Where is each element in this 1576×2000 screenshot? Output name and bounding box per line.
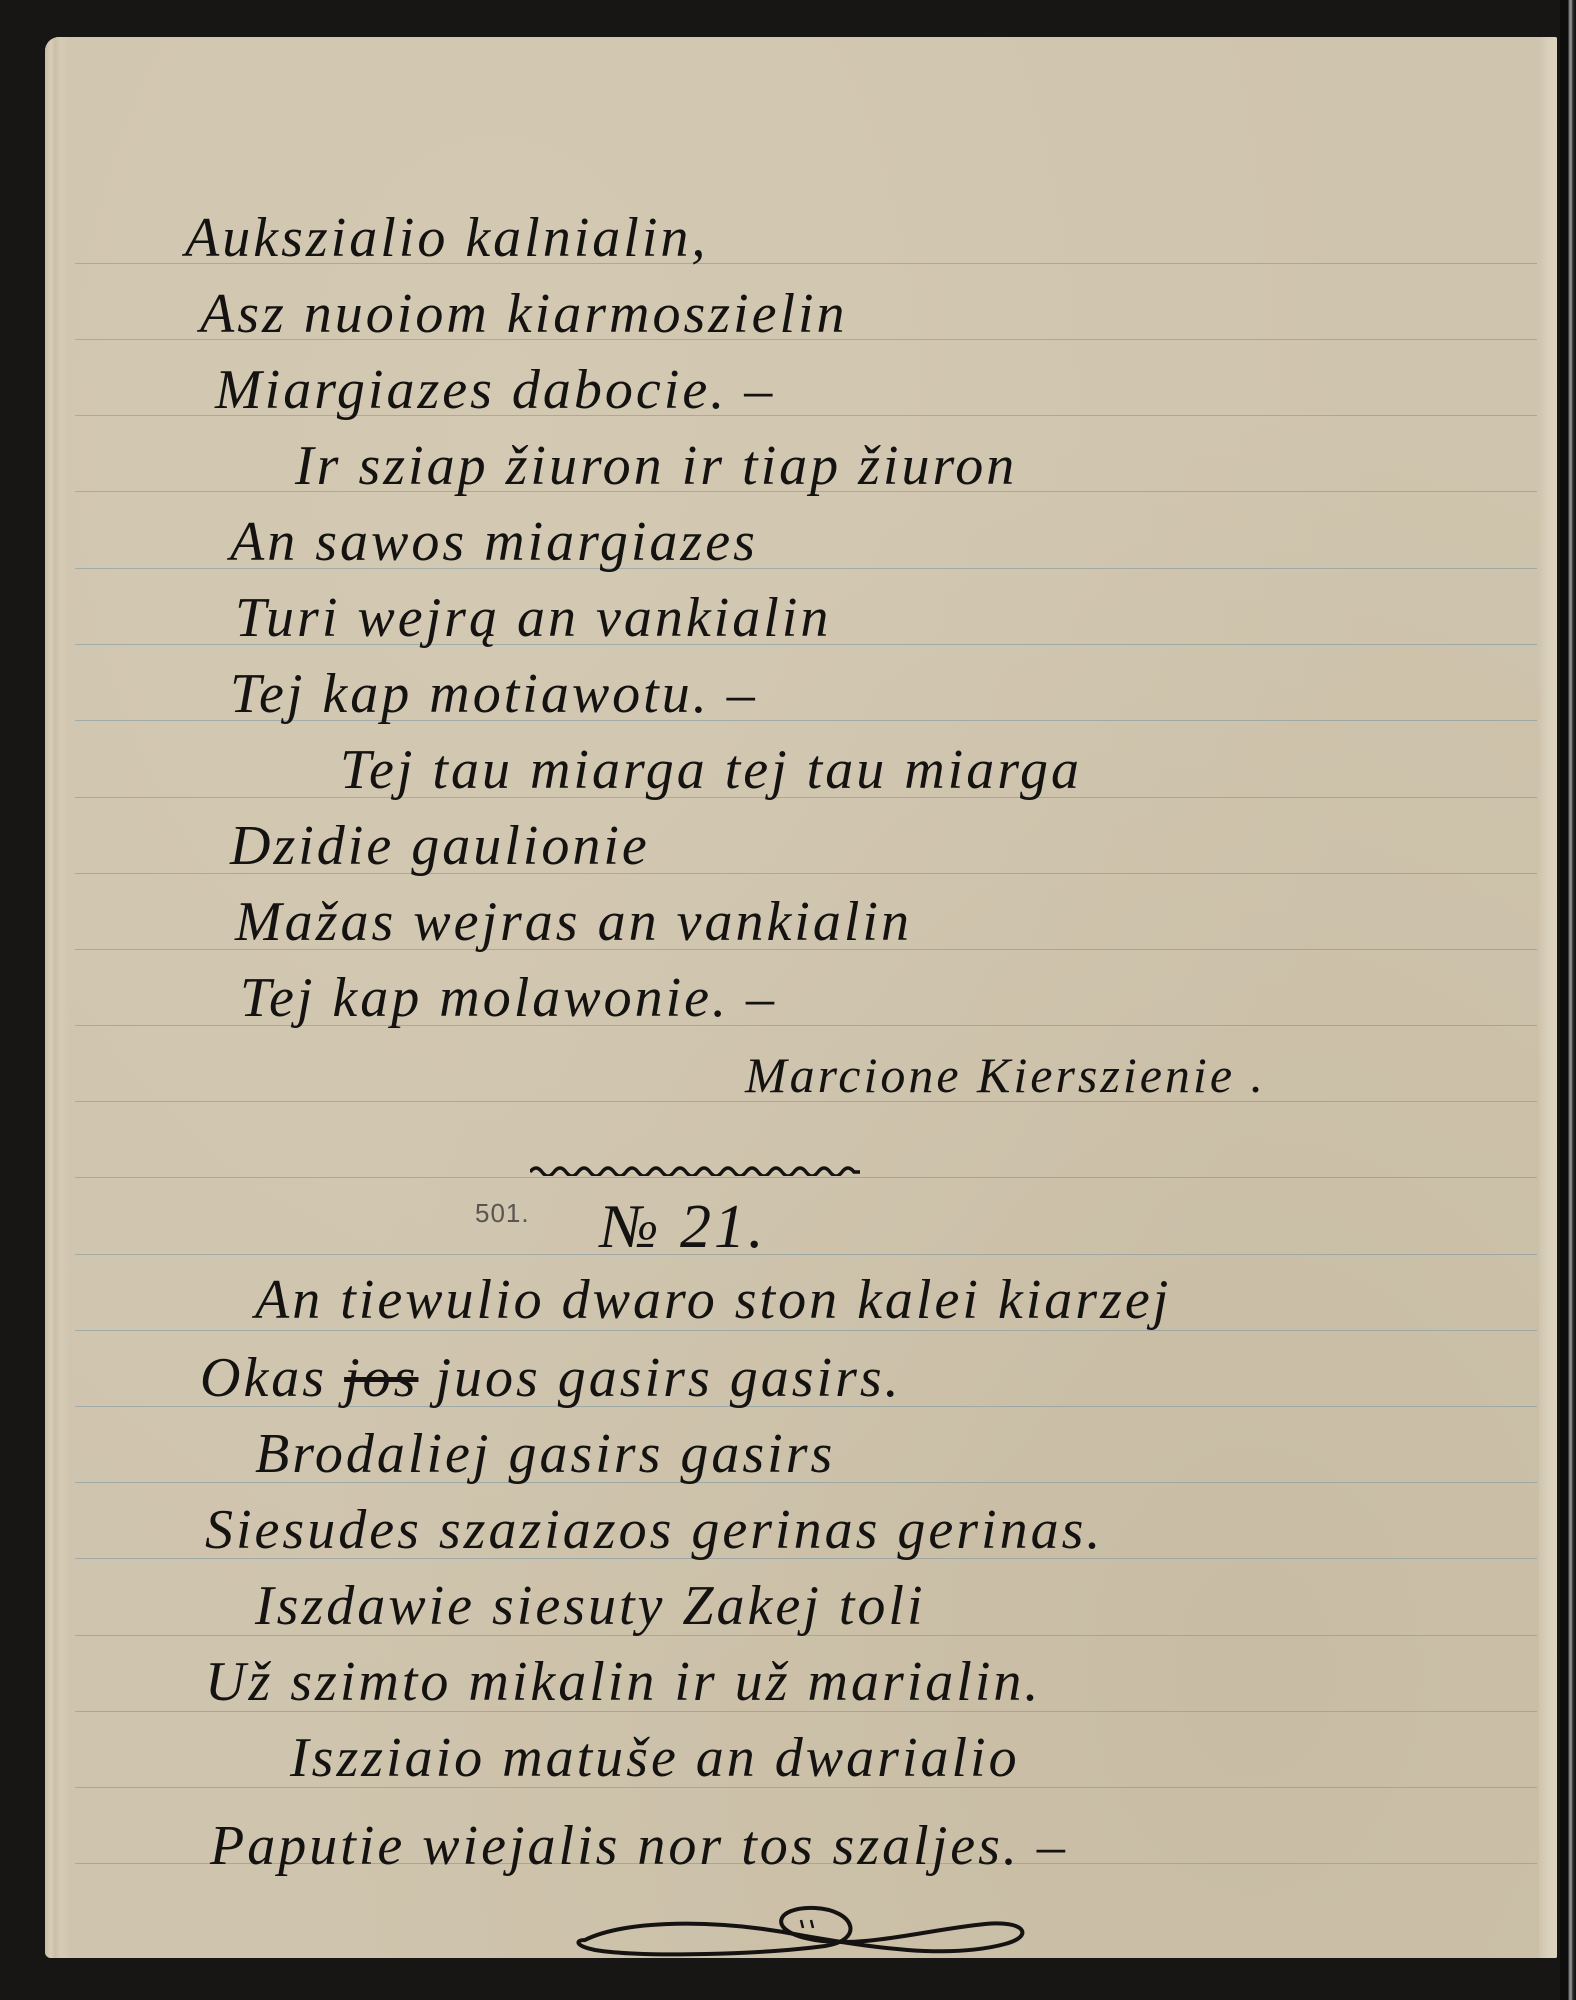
song1-line-10: Mažas wejras an vankialin [235,894,912,950]
song2-line-4: Siesudes szaziazos gerinas gerinas. [205,1502,1103,1558]
song2-line-7: Iszziaio matuše an dwarialio [290,1730,1020,1786]
song1-line-8: Tej tau miarga tej tau miarga [340,742,1082,798]
scanner-edge [1560,0,1576,2000]
closing-flourish [565,1900,1045,1960]
page-right-edge [1539,37,1557,1958]
song-number-heading: № 21. [600,1196,766,1258]
song1-line-2: Asz nuoiom kiarmoszielin [200,286,848,342]
song1-line-7: Tej kap motiawotu. – [230,666,758,722]
song2-line-2-rest: juos gasirs gasirs. [435,1347,901,1409]
ruled-line [75,1177,1537,1178]
song2-line-1: An tiewulio dwaro ston kalei kiarzej [255,1272,1171,1328]
catalog-number: 501. [475,1198,530,1229]
wavy-divider [530,1162,860,1176]
song2-line-3: Brodaliej gasirs gasirs [255,1426,835,1482]
song1-line-5: An sawos miargiazes [230,514,758,570]
ruled-line [75,1254,1537,1255]
scanned-page: Aukszialio kalnialin, Asz nuoiom kiarmos… [0,0,1576,2000]
song2-line-6: Už szimto mikalin ir už marialin. [205,1654,1041,1710]
song1-line-4: Ir sziap žiuron ir tiap žiuron [295,438,1017,494]
song1-line-9: Dzidie gaulionie [230,818,650,874]
struck-word: jos [344,1347,418,1409]
signature: Marcione Kierszienie . [745,1050,1266,1100]
page-left-edge [45,37,71,1958]
song1-line-1: Aukszialio kalnialin, [185,210,708,266]
song1-line-3: Miargiazes dabocie. – [215,362,775,418]
song1-line-11: Tej kap molawonie. – [240,970,777,1026]
song2-line-8: Paputie wiejalis nor tos szaljes. – [210,1818,1068,1874]
song2-line-5: Iszdawie siesuty Zakej toli [255,1578,926,1634]
song2-line-2-word: Okas [200,1347,327,1409]
song2-line-2: Okas jos juos gasirs gasirs. [200,1350,902,1406]
song1-line-6: Turi wejrą an vankialin [235,590,831,646]
